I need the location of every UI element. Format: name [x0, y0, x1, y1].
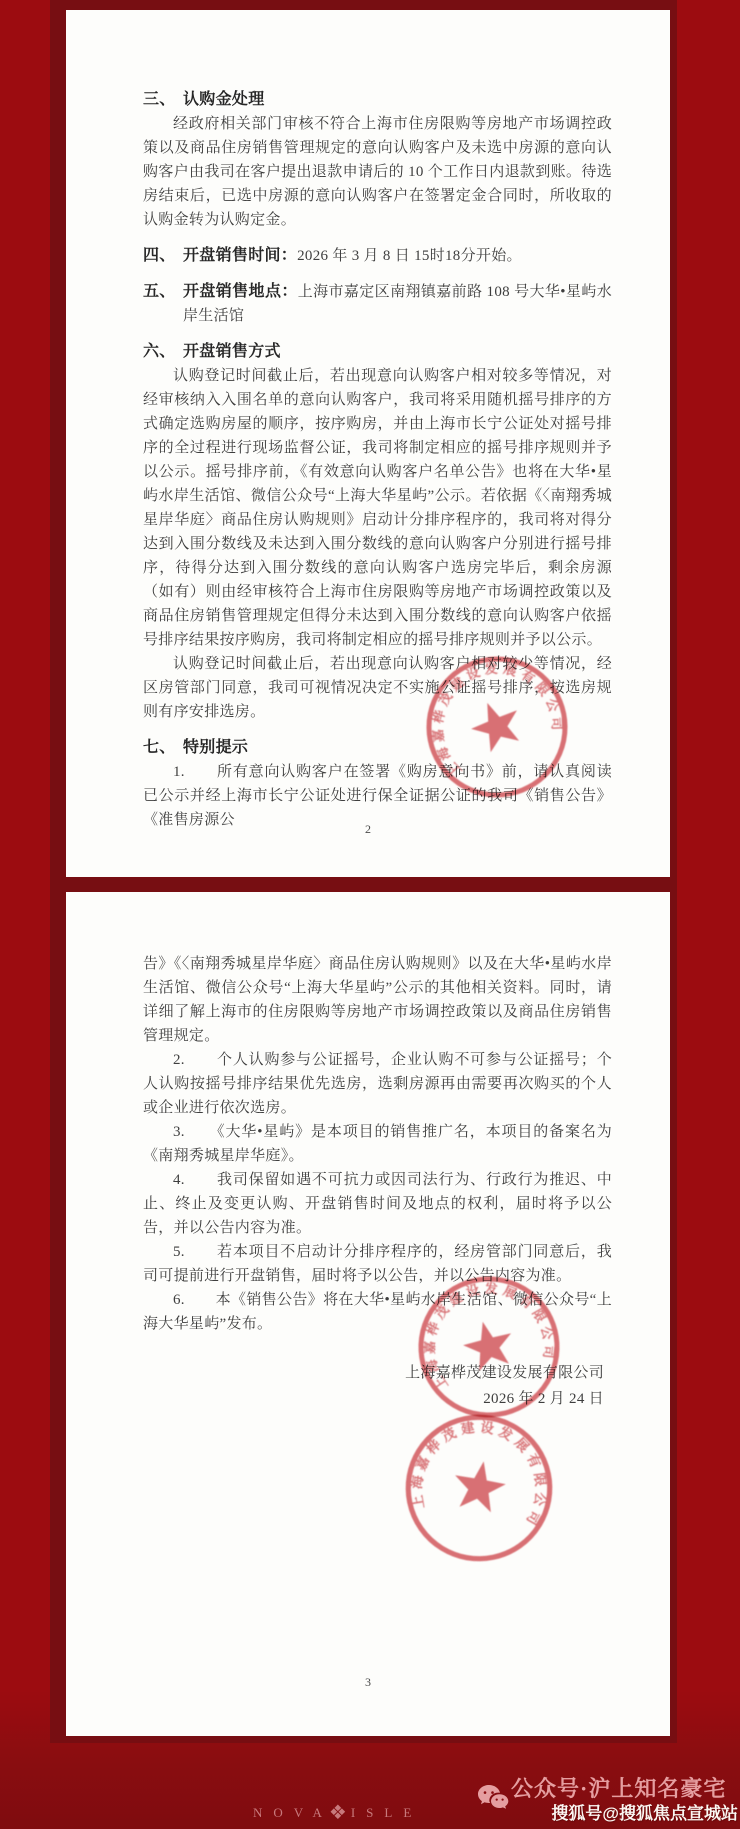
document-page-2: 告》《〈南翔秀城星岸华庭〉商品住房认购规则》以及在大华•星屿水岸生活馆、微信公众… [66, 892, 670, 1736]
signature-block: 上海嘉桦茂建设发展有限公司 2026 年 2 月 24 日 [143, 1360, 612, 1412]
section-7-number: 七、 [143, 736, 176, 760]
section-3-heading: 三、 认购金处理 [143, 88, 612, 112]
section-4-text: 2026 年 3 月 8 日 15时18分开始。 [297, 248, 522, 264]
page-1-number: 2 [66, 822, 670, 837]
page-2-number: 3 [66, 1675, 670, 1690]
section-4-number: 四、 [143, 244, 176, 268]
section-6-paragraph-1: 认购登记时间截止后，若出现意向认购客户相对较多等情况，对经审核纳入入围名单的意向… [143, 364, 612, 652]
brand-isle-text: ISLE [351, 1805, 422, 1821]
section-6-title: 开盘销售方式 [183, 343, 281, 360]
section-7-item-4: 4. 我司保留如遇不可抗力或因司法行为、行政行为推迟、中止、终止及变更认购、开盘… [143, 1168, 612, 1240]
section-4-label: 开盘销售时间： [183, 247, 297, 264]
document-pages-container: 三、 认购金处理 经政府相关部门审核不符合上海市住房限购等房地产市场调控政策以及… [50, 0, 677, 1743]
section-6-number: 六、 [143, 340, 176, 364]
section-4-line: 四、开盘销售时间：2026 年 3 月 8 日 15时18分开始。 [143, 244, 612, 268]
section-3-number: 三、 [143, 88, 176, 112]
company-seal-stamp: 上海嘉桦茂建设发展有限公司 [389, 1398, 570, 1579]
section-7-item-1-continued: 告》《〈南翔秀城星岸华庭〉商品住房认购规则》以及在大华•星屿水岸生活馆、微信公众… [143, 952, 612, 1048]
section-5-number: 五、 [143, 280, 176, 304]
wechat-icon [477, 1784, 509, 1812]
document-page-1: 三、 认购金处理 经政府相关部门审核不符合上海市住房限购等房地产市场调控政策以及… [66, 10, 670, 877]
brand-nova-text: NOVA [253, 1805, 333, 1821]
page-gap [66, 877, 670, 892]
section-7-item-6: 6. 本《销售公告》将在大华•星屿水岸生活馆、微信公众号“上海大华星屿”发布。 [143, 1288, 612, 1336]
section-3-paragraph: 经政府相关部门审核不符合上海市住房限购等房地产市场调控政策以及商品住房销售管理规… [143, 112, 612, 232]
svg-text:上海嘉桦茂建设发展有限公司: 上海嘉桦茂建设发展有限公司 [404, 1408, 559, 1533]
sohu-watermark: 搜狐号@搜狐焦点宣城站 [551, 1799, 738, 1824]
section-7-item-2: 2. 个人认购参与公证摇号，企业认购不可参与公证摇号；个人认购按摇号排序结果优先… [143, 1048, 612, 1120]
section-7-title: 特别提示 [183, 739, 248, 756]
section-5-line: 五、开盘销售地点：上海市嘉定区南翔镇嘉前路 108 号大华•星屿水岸生活馆 [143, 280, 612, 328]
section-6-heading: 六、 开盘销售方式 [143, 340, 612, 364]
nova-isle-logo: NOVA ❖ ISLE [253, 1800, 422, 1826]
section-3-title: 认购金处理 [183, 91, 265, 108]
section-7-heading: 七、 特别提示 [143, 736, 612, 760]
section-5-label: 开盘销售地点： [183, 283, 298, 300]
section-7-item-3: 3. 《大华•星屿》是本项目的销售推广名，本项目的备案名为《南翔秀城星岸华庭》。 [143, 1120, 612, 1168]
stamp-company-text: 上海嘉桦茂建设发展有限公司 [404, 1408, 559, 1533]
section-6-paragraph-2: 认购登记时间截止后，若出现意向认购客户相对较少等情况，经区房管部门同意，我司可视… [143, 652, 612, 724]
signature-company: 上海嘉桦茂建设发展有限公司 [143, 1360, 604, 1386]
signature-date: 2026 年 2 月 24 日 [143, 1386, 604, 1412]
announcement-screenshot: { "colors": { "background_red": "#9c0c10… [0, 0, 740, 1829]
section-7-item-5: 5. 若本项目不启动计分排序程序的，经房管部门同意后，我司可提前进行开盘销售，届… [143, 1240, 612, 1288]
diamond-ornament-icon: ❖ [329, 1803, 347, 1823]
